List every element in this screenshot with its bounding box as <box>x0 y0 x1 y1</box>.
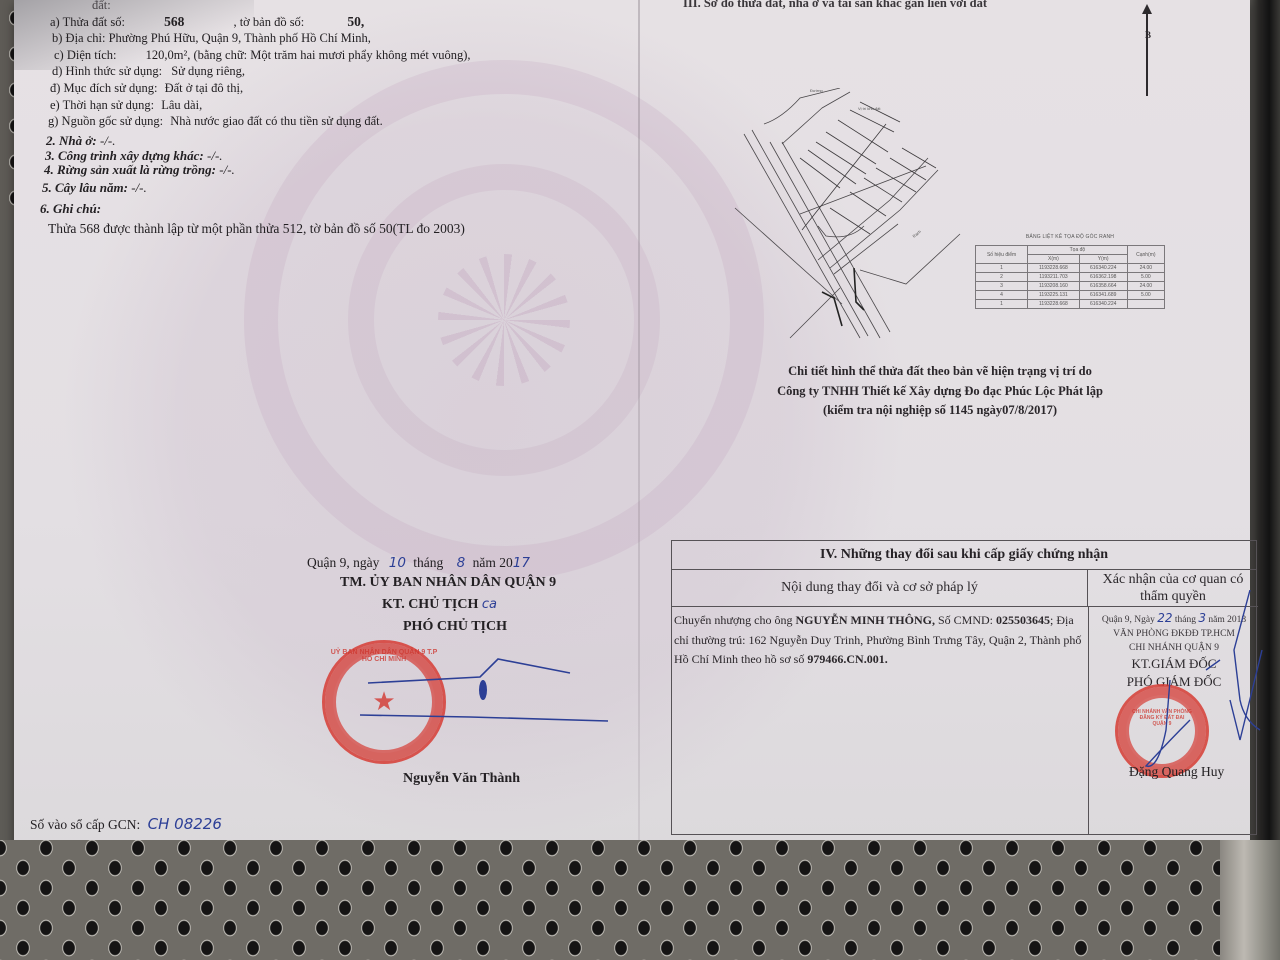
signing-date: Quận 9, ngày 10 tháng 8 năm 2017 <box>307 555 530 571</box>
file-number: 979466.CN.001. <box>807 652 887 666</box>
registry-label: Số vào sổ cấp GCN: <box>30 817 140 832</box>
north-label: B <box>1145 30 1151 40</box>
edge-cell: 24.00 <box>1127 264 1164 273</box>
signing-role-2: PHÓ CHỦ TỊCH <box>403 619 507 635</box>
role-text: KT. CHỦ TỊCH <box>382 597 478 612</box>
coordinate-row: 31193208.160616358.66424.00 <box>976 282 1165 291</box>
coordinate-cell: 2 <box>976 273 1028 282</box>
id-label: Số CMND: <box>938 613 993 627</box>
field-label: g) Nguồn gốc sử dụng: <box>48 114 163 128</box>
edge-cell <box>1127 300 1164 309</box>
signature-land-office <box>1110 590 1270 790</box>
coordinate-cell: 616340.224 <box>1079 264 1127 273</box>
section-label: 6. Ghi chú: <box>40 201 101 216</box>
background-edge-bottom-right <box>1220 840 1280 960</box>
signing-organization: TM. ỦY BAN NHÂN DÂN QUẬN 9 <box>340 575 556 591</box>
coordinate-cell: 3 <box>976 282 1028 291</box>
coordinate-table-title: BẢNG LIỆT KÊ TỌA ĐỘ GÓC RANH <box>975 234 1165 240</box>
header-edge: Cạnh(m) <box>1127 246 1164 264</box>
month-label: tháng <box>413 555 443 570</box>
section-value: -/-. <box>131 180 147 195</box>
section-value: -/-. <box>207 148 223 163</box>
header-point: Số hiệu điểm <box>976 246 1028 264</box>
field-usage-purpose: đ) Mục đích sử dụng: Đất ở tại đô thị, <box>50 81 243 96</box>
coordinate-cell: 616341.689 <box>1079 291 1127 300</box>
coordinate-row: 11193228.668616340.22424.00 <box>976 264 1165 273</box>
field-label: đ) Mục đích sử dụng: <box>50 81 157 95</box>
coordinate-row: 11193228.668616340.224 <box>976 300 1165 309</box>
usage-purpose-value: Đất ở tại đô thị, <box>165 81 243 95</box>
coordinate-cell: 1193208.160 <box>1028 282 1080 291</box>
edge-cell: 5.00 <box>1127 291 1164 300</box>
section-label: 2. Nhà ở: <box>46 133 97 148</box>
field-label: c) Diện tích: <box>54 48 116 62</box>
year-handwritten: 17 <box>513 555 530 571</box>
date-prefix: Quận 9, ngày <box>307 555 379 570</box>
parcel-site-map: Vị trí khu đất Đường Rạch <box>730 88 980 350</box>
coordinate-cell: 1193225.131 <box>1028 291 1080 300</box>
field-area: c) Diện tích: 120,0m², (bằng chữ: Một tr… <box>54 48 471 63</box>
coordinate-cell: 1193228.668 <box>1028 300 1080 309</box>
signature-district <box>360 655 620 735</box>
section3-title: III. Sơ đồ thửa đất, nhà ở và tài sản kh… <box>683 0 987 11</box>
field-label: b) Địa chỉ: <box>52 31 105 45</box>
usage-origin-value: Nhà nước giao đất có thu tiền sử dụng đấ… <box>170 114 382 128</box>
header-y: Y(m) <box>1079 255 1127 264</box>
section-perennial-trees: 5. Cây lâu năm: -/-. <box>42 180 147 196</box>
map-road-label: Đường <box>810 88 823 93</box>
section-value: -/-. <box>219 162 235 177</box>
column-divider <box>1088 607 1089 835</box>
day-handwritten: 10 <box>389 555 406 571</box>
background-perforated-metal <box>0 840 1280 960</box>
map-lot-label: Vị trí khu đất <box>858 106 881 111</box>
north-line <box>1146 8 1148 96</box>
year-label: năm 20 <box>473 555 513 570</box>
usage-term-value: Lâu dài, <box>161 98 202 112</box>
usage-form-value: Sử dụng riêng, <box>171 64 245 78</box>
field-parcel-number: a) Thửa đất số: 568 , tờ bản đồ số: 50, <box>50 14 364 30</box>
coordinate-row: 21193211.703616362.1985.00 <box>976 273 1165 282</box>
registry-number: Số vào sổ cấp GCN: CH 08226 <box>30 815 222 833</box>
notes-text: Thửa 568 được thành lập từ một phần thửa… <box>48 221 465 237</box>
map-sheet-value: 50, <box>347 14 364 29</box>
field-address: b) Địa chỉ: Phường Phú Hữu, Quận 9, Thàn… <box>52 31 371 46</box>
map-caption: Chi tiết hình thể thửa đất theo bản vẽ h… <box>742 362 1138 421</box>
registry-value-handwritten: CH 08226 <box>148 815 222 833</box>
map-sheet-label: , tờ bản đồ số: <box>233 15 304 29</box>
section-house: 2. Nhà ở: -/-. <box>46 133 115 149</box>
section-label: 5. Cây lâu năm: <box>42 180 128 195</box>
coordinate-table: BẢNG LIỆT KÊ TỌA ĐỘ GÓC RANH Số hiệu điể… <box>975 234 1165 309</box>
coordinate-row: 41193225.131616341.6895.00 <box>976 291 1165 300</box>
coordinate-cell: 1193211.703 <box>1028 273 1080 282</box>
coordinate-cell: 616358.664 <box>1079 282 1127 291</box>
coordinate-cell: 1 <box>976 264 1028 273</box>
signer-name-land-office: Đặng Quang Huy <box>1129 764 1224 780</box>
signer-name-district: Nguyễn Văn Thành <box>403 771 520 787</box>
section-label: 4. Rừng sản xuất là rừng trồng: <box>44 162 216 177</box>
edge-cell: 24.00 <box>1127 282 1164 291</box>
coordinate-cell: 4 <box>976 291 1028 300</box>
watermark-drum-emblem <box>244 60 764 580</box>
field-usage-term: e) Thời hạn sử dụng: Lâu dài, <box>50 98 202 113</box>
section1-header-fragment: đất: <box>92 0 111 13</box>
signing-role-1: KT. CHỦ TỊCH ca <box>382 597 497 613</box>
coordinate-cell: 616362.198 <box>1079 273 1127 282</box>
section-planted-forest: 4. Rừng sản xuất là rừng trồng: -/-. <box>44 162 235 178</box>
header-x: X(m) <box>1028 255 1080 264</box>
header-coordinates: Tọa độ <box>1028 246 1128 255</box>
initial-handwritten: ca <box>482 597 497 612</box>
field-usage-origin: g) Nguồn gốc sử dụng: Nhà nước giao đất … <box>48 114 383 129</box>
caption-line: (kiểm tra nội nghiệp số 1145 ngày07/8/20… <box>742 401 1138 421</box>
transferee-name: NGUYỄN MINH THÔNG, <box>796 613 935 627</box>
field-usage-form: d) Hình thức sử dụng: Sử dụng riêng, <box>52 64 245 79</box>
page-fold <box>638 0 640 855</box>
change-entry: Chuyển nhượng cho ông NGUYỄN MINH THÔNG,… <box>674 611 1086 670</box>
edge-cell: 5.00 <box>1127 273 1164 282</box>
entry-prefix: Chuyển nhượng cho ông <box>674 613 793 627</box>
section-label: 3. Công trình xây dựng khác: <box>45 148 204 163</box>
coordinate-cell: 1 <box>976 300 1028 309</box>
field-label: e) Thời hạn sử dụng: <box>50 98 154 112</box>
caption-line: Chi tiết hình thể thửa đất theo bản vẽ h… <box>742 362 1138 382</box>
field-label: a) Thửa đất số: <box>50 15 125 29</box>
id-number: 025503645 <box>996 613 1050 627</box>
changes-title: IV. Những thay đổi sau khi cấp giấy chứn… <box>672 541 1256 570</box>
parcel-number-value: 568 <box>164 14 184 29</box>
caption-line: Công ty TNHH Thiết kế Xây dựng Đo đạc Ph… <box>742 382 1138 402</box>
coordinate-table-grid: Số hiệu điểm Tọa độ Cạnh(m) X(m) Y(m) 11… <box>975 245 1165 309</box>
area-value: 120,0m², (bằng chữ: Một trăm hai mươi ph… <box>146 48 471 62</box>
field-label: d) Hình thức sử dụng: <box>52 64 162 78</box>
coordinate-cell: 616340.224 <box>1079 300 1127 309</box>
coordinate-cell: 1193228.668 <box>1028 264 1080 273</box>
map-canal-label: Rạch <box>911 229 921 239</box>
address-value: Phường Phú Hữu, Quận 9, Thành phố Hồ Chí… <box>109 31 371 45</box>
changes-content-header: Nội dung thay đổi và cơ sở pháp lý <box>672 569 1088 607</box>
month-handwritten: 8 <box>457 555 466 571</box>
section-notes: 6. Ghi chú: <box>40 201 101 217</box>
section-value: -/-. <box>100 133 116 148</box>
